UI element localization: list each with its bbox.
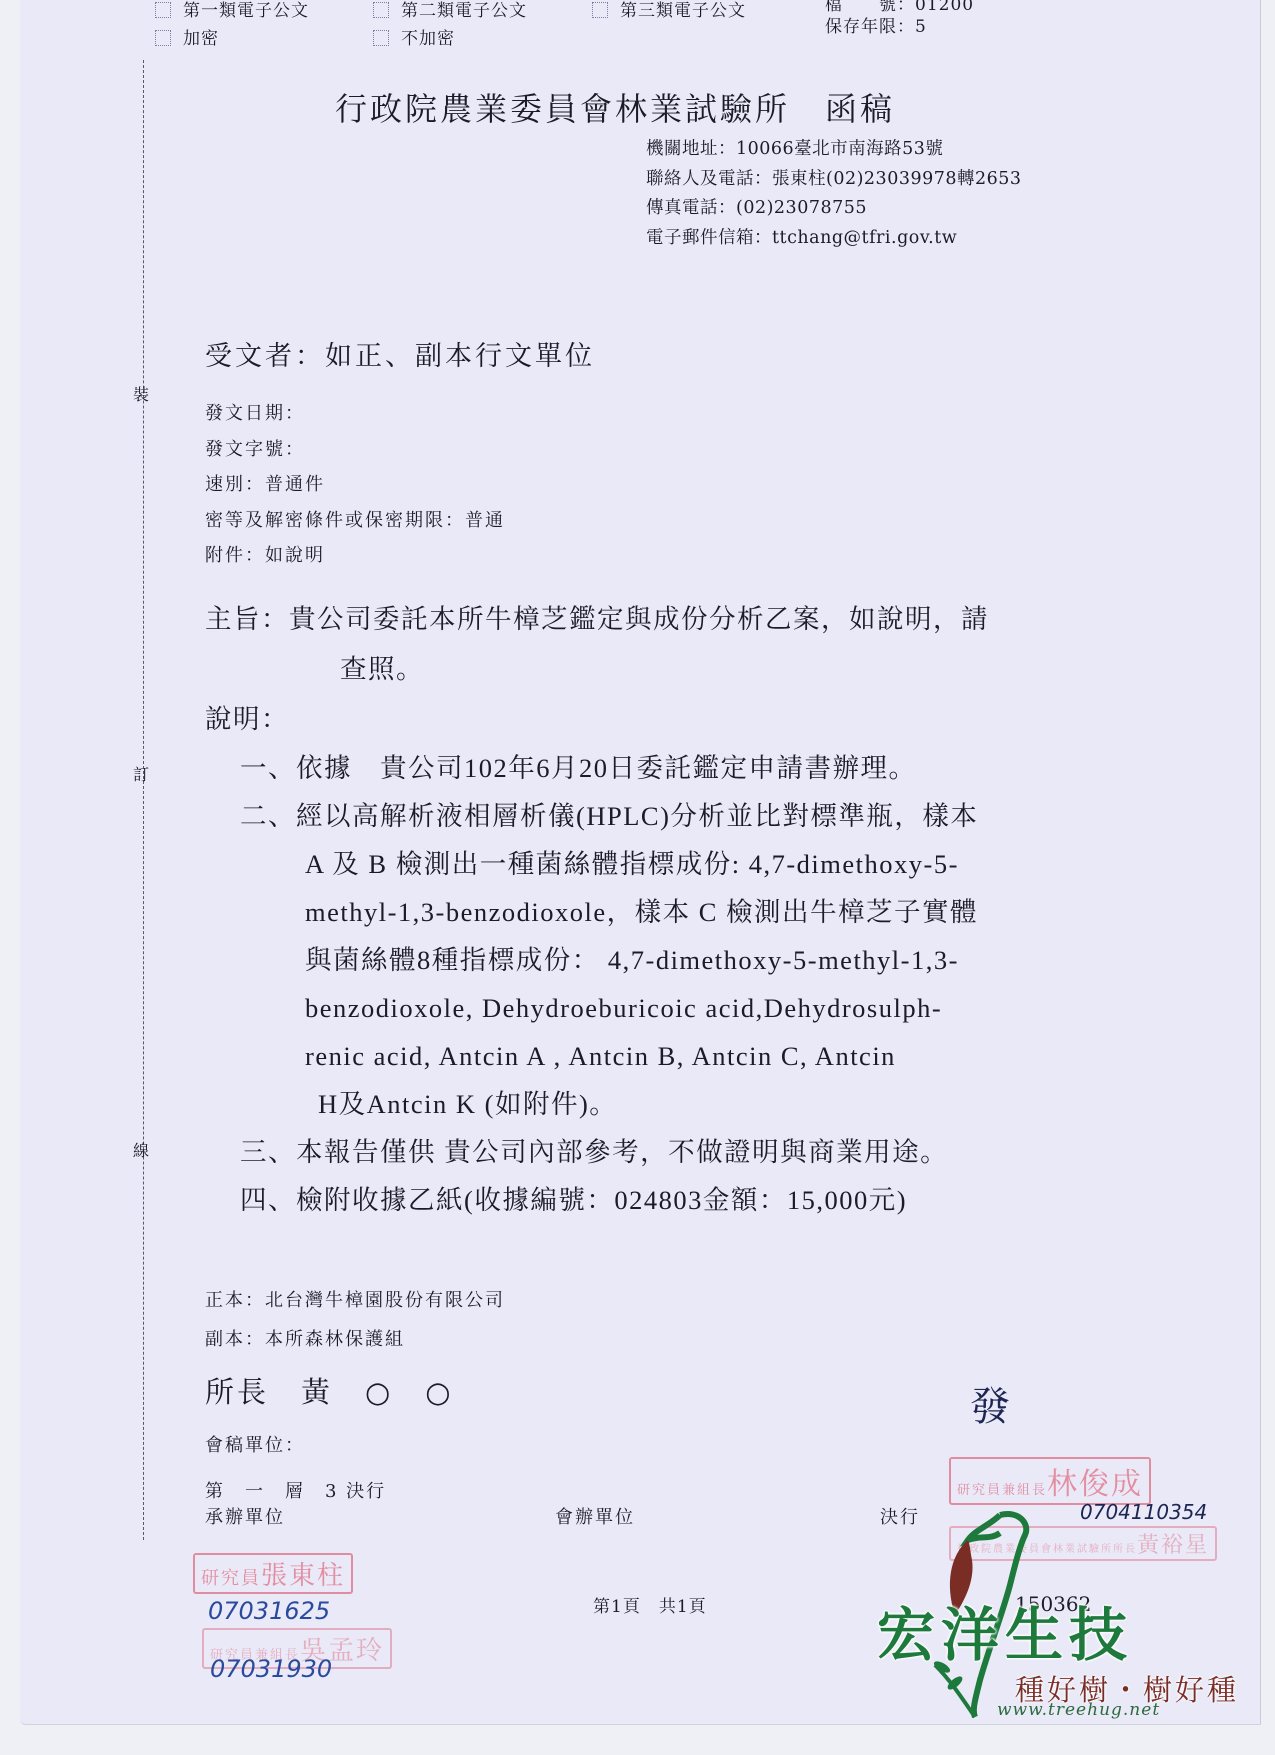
- stamp-name: 林俊成: [1047, 1467, 1143, 1502]
- original-recipient: 正本：北台灣牛樟園股份有限公司: [205, 1283, 505, 1319]
- checkbox-box[interactable]: [373, 30, 389, 46]
- contact-block: 機關地址：10066臺北市南海路53號 聯絡人及電話：張東柱(02)230399…: [646, 135, 1022, 253]
- checkbox-class1[interactable]: 第一類電子公文: [155, 0, 309, 21]
- checkbox-unencrypted[interactable]: 不加密: [373, 24, 455, 49]
- checkbox-box[interactable]: [155, 2, 171, 18]
- explanation-item-3: 三、本報告僅供 貴公司內部參考，不做證明與商業用途。: [240, 1128, 948, 1176]
- stamp-handler: 研究員張東柱: [193, 1553, 353, 1594]
- handwritten-signature: 發: [970, 1375, 1010, 1432]
- checkbox-label: 不加密: [401, 29, 455, 49]
- cosign-units: 會稿單位：: [205, 1428, 305, 1464]
- stamp-name: 張東柱: [261, 1561, 345, 1591]
- decision-label: 決行: [880, 1500, 920, 1536]
- document-number: 發文字號：: [205, 432, 505, 468]
- subject-line1: 主旨：貴公司委託本所牛樟芝鑑定與成份分析乙案，如說明，請: [205, 596, 989, 644]
- retention-period: 保存年限：5: [825, 12, 927, 37]
- checkbox-box[interactable]: [155, 30, 171, 46]
- watermark-url: www.treehug.net: [997, 1700, 1160, 1720]
- handwritten-time-handler: 07031625: [208, 1597, 330, 1625]
- explanation-item-2-line2: A 及 B 檢測出一種菌絲體指標成份: 4,7-dimethoxy-5-: [305, 840, 959, 888]
- explanation-item-4: 四、檢附收據乙紙(收據編號：024803金額：15,000元): [240, 1176, 907, 1224]
- explanation-item-2-line3: methyl-1,3-benzodioxole，樣本 C 檢測出牛樟芝子實體: [305, 888, 978, 936]
- stamp-name: 黃裕星: [1137, 1533, 1209, 1558]
- attachment-note: 附件：如說明: [205, 538, 505, 574]
- explanation-heading: 說明：: [205, 696, 289, 744]
- explanation-item-2-line7: H及Antcin K (如附件)。: [318, 1080, 617, 1128]
- stamp-title: 研究員兼組長: [957, 1483, 1047, 1498]
- checkbox-box[interactable]: [592, 2, 608, 18]
- joint-unit-label: 會辦單位: [555, 1500, 635, 1536]
- checkbox-label: 第一類電子公文: [183, 1, 309, 21]
- explanation-item-1: 一、依據 貴公司102年6月20日委託鑑定申請書辦理。: [240, 744, 917, 792]
- handwritten-time-decision: 0704110354: [1080, 1500, 1207, 1524]
- checkbox-label: 第二類電子公文: [401, 1, 527, 21]
- fold-mark-zhuang: 裝: [133, 382, 149, 405]
- binding-fold-line: [143, 60, 144, 1540]
- email-address: 電子郵件信箱：ttchang@tfri.gov.tw: [646, 224, 1022, 254]
- checkbox-label: 第三類電子公文: [620, 1, 746, 21]
- subject-line2: 查照。: [340, 646, 424, 694]
- handwritten-time-handler-2: 07031930: [210, 1655, 332, 1683]
- recipient: 受文者：如正、副本行文單位: [205, 334, 595, 373]
- checkbox-class3[interactable]: 第三類電子公文: [592, 0, 746, 21]
- copy-recipient: 副本：本所森林保護組: [205, 1322, 405, 1358]
- fold-mark-xian: 線: [133, 1138, 149, 1161]
- classification-level: 密等及解密條件或保密期限：普通: [205, 503, 505, 539]
- issue-date: 發文日期：: [205, 396, 505, 432]
- meta-block: 發文日期： 發文字號： 速別：普通件 密等及解密條件或保密期限：普通 附件：如說…: [205, 396, 505, 574]
- checkbox-class2[interactable]: 第二類電子公文: [373, 0, 527, 21]
- checkbox-box[interactable]: [373, 2, 389, 18]
- explanation-item-2-line4: 與菌絲體8種指標成份： 4,7-dimethoxy-5-methyl-1,3-: [305, 936, 959, 984]
- stamp-title: 研究員: [201, 1568, 261, 1589]
- fax-number: 傳真電話：(02)23078755: [646, 194, 1022, 224]
- stamp-decision-1: 研究員兼組長林俊成: [949, 1457, 1151, 1505]
- explanation-item-2-line5: benzodioxole, Dehydroeburicoic acid,Dehy…: [305, 984, 942, 1032]
- watermark-brand: 宏洋生技: [877, 1588, 1133, 1672]
- delivery-speed: 速別：普通件: [205, 467, 505, 503]
- contact-person-phone: 聯絡人及電話：張東柱(02)23039978轉2653: [646, 165, 1022, 195]
- agency-address: 機關地址：10066臺北市南海路53號: [646, 135, 1022, 165]
- explanation-item-2-line6: renic acid, Antcin A , Antcin B, Antcin …: [305, 1032, 896, 1080]
- checkbox-encrypted[interactable]: 加密: [155, 24, 219, 49]
- checkbox-label: 加密: [183, 29, 219, 49]
- explanation-item-2-line1: 二、經以高解析液相層析儀(HPLC)分析並比對標準瓶，樣本: [240, 792, 978, 840]
- fold-mark-ding: 訂: [133, 762, 149, 785]
- handling-unit-label: 承辦單位: [205, 1500, 285, 1536]
- director-signature-line: 所長 黃 ○ ○: [205, 1370, 454, 1411]
- document-title: 行政院農業委員會林業試驗所 函稿: [335, 84, 895, 130]
- page-number: 第1頁 共1頁: [593, 1592, 707, 1617]
